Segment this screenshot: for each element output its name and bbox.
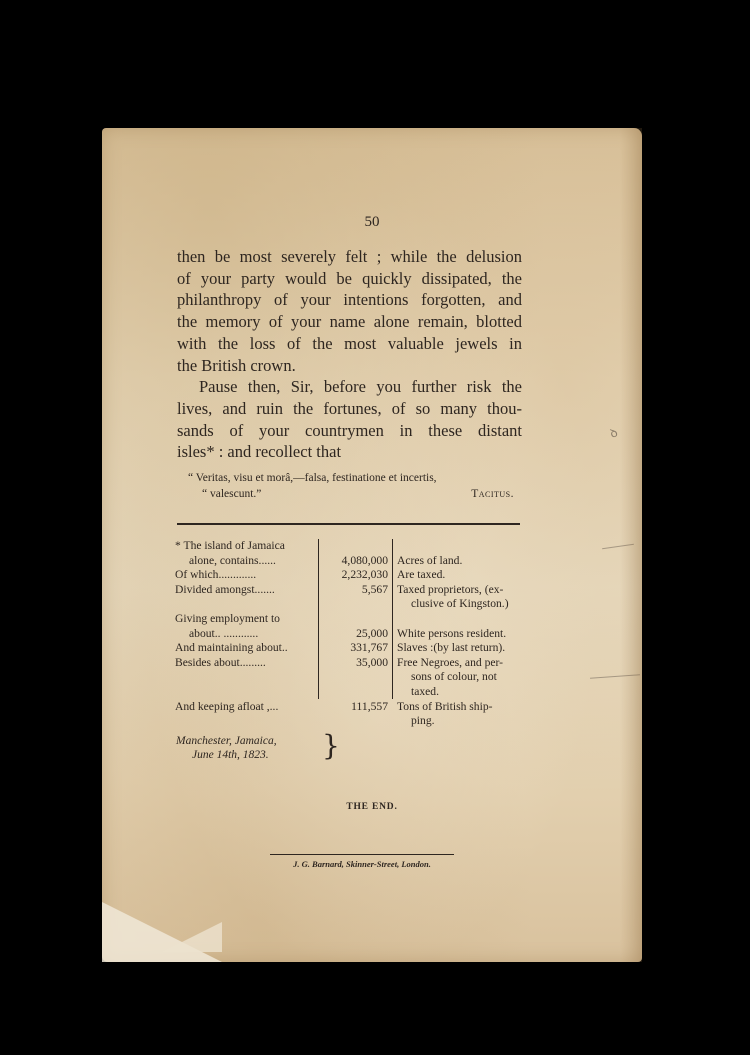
row-desc: taxed.	[391, 685, 527, 700]
body-line: sands of your countrymen in these distan…	[177, 420, 522, 442]
quote-line-2: “ valescunt.”	[202, 486, 261, 502]
quote-author: Tacitus.	[471, 486, 514, 502]
torn-corner-flap	[162, 922, 222, 952]
footnote-divider	[177, 523, 520, 525]
row-label: Besides about.........	[175, 656, 316, 671]
signoff-location-date: Manchester, Jamaica, June 14th, 1823.	[176, 734, 277, 762]
row-label: alone, contains......	[175, 554, 316, 569]
row-desc	[391, 539, 527, 554]
row-desc: Taxed proprietors, (ex-	[391, 583, 527, 598]
book-page: ꝺ 50 then be most severely felt ; while …	[102, 128, 642, 962]
body-line: of your party would be quickly dissipate…	[177, 268, 522, 290]
row-label	[175, 597, 316, 612]
row-label	[175, 714, 316, 729]
row-label: Divided amongst.......	[175, 583, 316, 598]
body-line: with the loss of the most valuable jewel…	[177, 333, 522, 355]
row-value: 2,232,030	[316, 568, 391, 583]
table-row: Of which............. 2,232,030 Are taxe…	[175, 568, 530, 583]
row-desc: Are taxed.	[391, 568, 527, 583]
row-label: Giving employment to	[175, 612, 316, 627]
row-value: 111,557	[316, 700, 391, 715]
the-end-heading: THE END.	[102, 802, 642, 812]
row-desc: Acres of land.	[391, 554, 527, 569]
row-value	[316, 670, 391, 685]
row-desc: clusive of Kingston.)	[391, 597, 527, 612]
quote-line-1: “ Veritas, visu et morâ,—falsa, festinat…	[188, 470, 524, 486]
table-row: about.. ............ 25,000 White person…	[175, 627, 530, 642]
page-number: 50	[102, 214, 642, 231]
table-row: alone, contains...... 4,080,000 Acres of…	[175, 554, 530, 569]
row-value: 4,080,000	[316, 554, 391, 569]
table-row: And maintaining about.. 331,767 Slaves :…	[175, 641, 530, 656]
table-row: taxed.	[175, 685, 530, 700]
body-paragraphs: then be most severely felt ; while the d…	[177, 246, 522, 463]
row-label	[175, 685, 316, 700]
row-value	[316, 539, 391, 554]
signoff-place: Manchester, Jamaica,	[176, 734, 277, 748]
quote-line-2-row: “ valescunt.” Tacitus.	[188, 486, 524, 502]
brace-glyph: }	[322, 732, 340, 760]
table-row: ping.	[175, 714, 530, 729]
body-line: isles* : and recollect that	[177, 441, 522, 463]
row-desc: White persons resident.	[391, 627, 527, 642]
row-value	[316, 597, 391, 612]
row-value: 5,567	[316, 583, 391, 598]
table-row: And keeping afloat ,... 111,557 Tons of …	[175, 700, 530, 715]
row-label: Of which.............	[175, 568, 316, 583]
body-line: the British crown.	[177, 355, 522, 377]
signoff-date: June 14th, 1823.	[176, 748, 277, 762]
row-desc: Slaves :(by last return).	[391, 641, 527, 656]
printer-divider	[270, 854, 454, 855]
row-value: 331,767	[316, 641, 391, 656]
row-value	[316, 714, 391, 729]
row-desc: Free Negroes, and per-	[391, 656, 527, 671]
pencil-mark: ꝺ	[607, 423, 620, 441]
body-line: the memory of your name alone remain, bl…	[177, 311, 522, 333]
table-row: sons of colour, not	[175, 670, 530, 685]
table-row: Divided amongst....... 5,567 Taxed propr…	[175, 583, 530, 598]
row-label	[175, 670, 316, 685]
body-line: lives, and ruin the fortunes, of so many…	[177, 398, 522, 420]
body-line: Pause then, Sir, before you further risk…	[177, 376, 522, 398]
row-value	[316, 612, 391, 627]
row-desc: Tons of British ship-	[391, 700, 527, 715]
table-row: clusive of Kingston.)	[175, 597, 530, 612]
row-label: about.. ............	[175, 627, 316, 642]
row-label: And keeping afloat ,...	[175, 700, 316, 715]
paper-crease	[590, 674, 640, 678]
table-row: Giving employment to	[175, 612, 530, 627]
row-value: 25,000	[316, 627, 391, 642]
jamaica-statistics-table: * The island of Jamaica alone, contains.…	[175, 539, 530, 729]
row-desc	[391, 612, 527, 627]
body-line: then be most severely felt ; while the d…	[177, 246, 522, 268]
table-row: * The island of Jamaica	[175, 539, 530, 554]
latin-quotation: “ Veritas, visu et morâ,—falsa, festinat…	[188, 470, 524, 502]
row-value: 35,000	[316, 656, 391, 671]
table-row: Besides about......... 35,000 Free Negro…	[175, 656, 530, 671]
body-line: philanthropy of your intentions forgotte…	[177, 289, 522, 311]
row-label: * The island of Jamaica	[175, 539, 316, 554]
paper-crease	[602, 544, 634, 549]
row-desc: sons of colour, not	[391, 670, 527, 685]
row-value	[316, 685, 391, 700]
row-desc: ping.	[391, 714, 527, 729]
row-label: And maintaining about..	[175, 641, 316, 656]
printer-imprint: J. G. Barnard, Skinner-Street, London.	[270, 859, 454, 869]
